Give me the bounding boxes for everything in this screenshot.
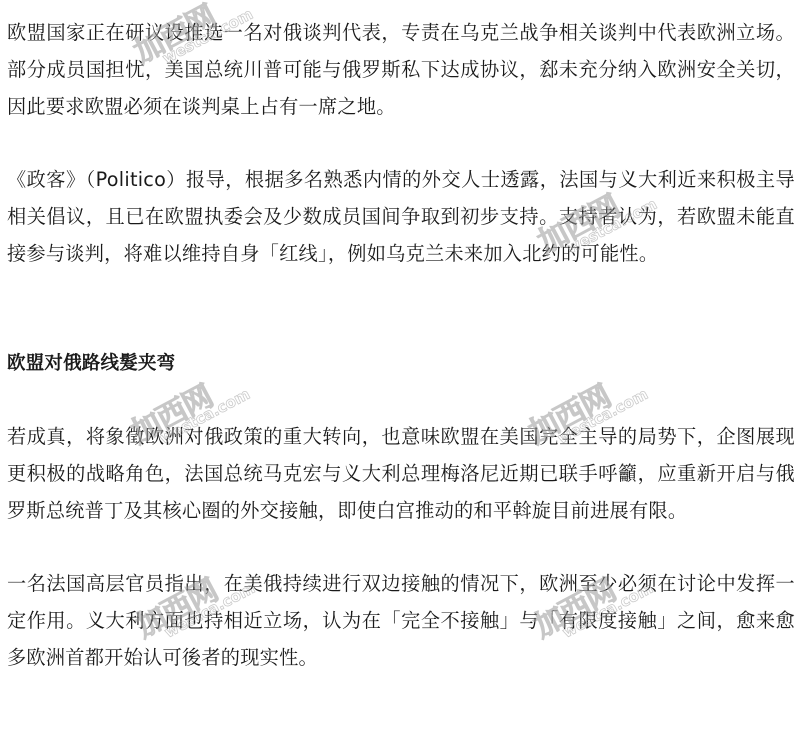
section-subheading: 欧盟对俄路线髮夹弯 [7,345,795,382]
article-paragraph-3: 若成真，将象徵欧洲对俄政策的重大转向，也意味欧盟在美国完全主导的局势下，企图展现… [7,418,795,529]
article-paragraph-1: 欧盟国家正在研议设推选一名对俄谈判代表，专责在乌克兰战争相关谈判中代表欧洲立场。… [7,14,795,125]
article-body: 欧盟国家正在研议设推选一名对俄谈判代表，专责在乌克兰战争相关谈判中代表欧洲立场。… [7,14,795,676]
article-paragraph-4: 一名法国高层官员指出，在美俄持续进行双边接触的情况下，欧洲至少必须在讨论中发挥一… [7,565,795,676]
article-paragraph-2: 《政客》（Politico）报导，根据多名熟悉内情的外交人士透露，法国与义大利近… [7,161,795,272]
